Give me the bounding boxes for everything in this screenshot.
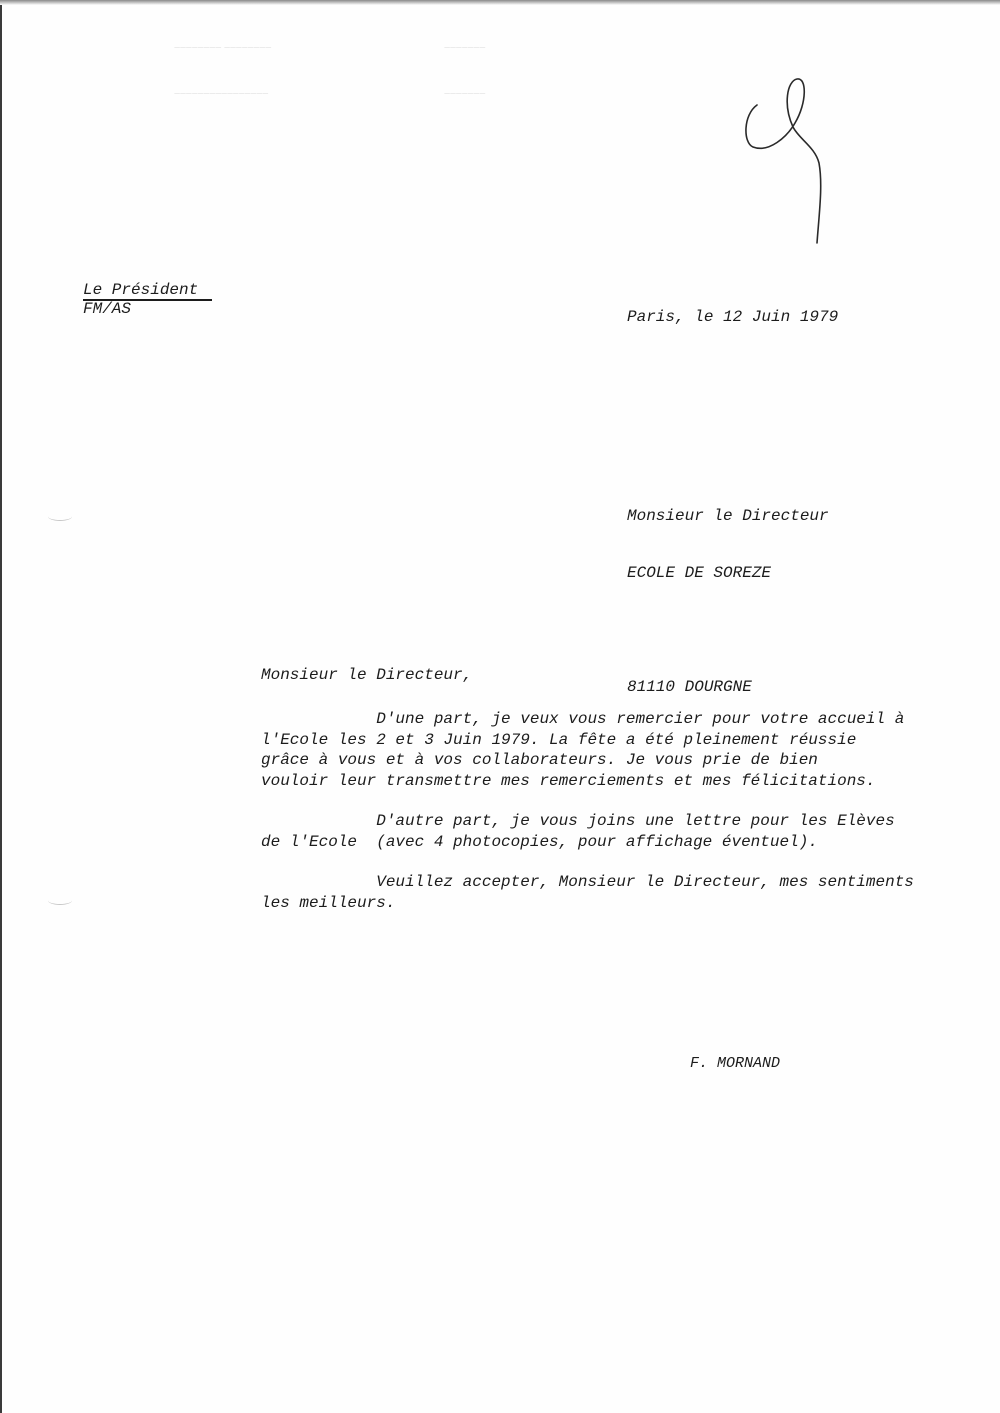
show-through-text: ________	[175, 86, 222, 96]
scan-left-edge	[0, 5, 2, 1413]
scan-top-edge	[0, 0, 1000, 5]
recipient-line-spacer	[627, 621, 829, 640]
salutation: Monsieur le Directeur,	[261, 665, 472, 685]
paragraph-closing: Veuillez accepter, Monsieur le Directeur…	[261, 872, 941, 913]
handwritten-initials-icon	[735, 75, 845, 250]
recipient-address: Monsieur le Directeur ECOLE DE SOREZE 81…	[627, 469, 829, 735]
show-through-text: _______	[445, 86, 486, 96]
show-through-text: ________	[175, 40, 222, 50]
recipient-line: 81110 DOURGNE	[627, 678, 829, 697]
paragraph-enclosure: D'autre part, je vous joins une lettre p…	[261, 811, 941, 852]
show-through-text: _______	[445, 40, 486, 50]
date-line: Paris, le 12 Juin 1979	[627, 307, 838, 327]
punch-hole-mark	[48, 896, 72, 905]
sender-title: Le Président	[83, 281, 212, 301]
show-through-text: ________	[225, 40, 272, 50]
punch-hole-mark	[48, 512, 72, 521]
letter-page: ________ ________ _______ ________ _____…	[0, 0, 1000, 1413]
show-through-text: ________	[222, 86, 269, 96]
recipient-line: ECOLE DE SOREZE	[627, 564, 829, 583]
letter-body: D'une part, je veux vous remercier pour …	[261, 709, 941, 933]
paragraph-thanks: D'une part, je veux vous remercier pour …	[261, 709, 941, 791]
sender-reference: FM/AS	[83, 299, 131, 319]
signature-name: F. MORNAND	[690, 1054, 780, 1074]
recipient-line: Monsieur le Directeur	[627, 507, 829, 526]
